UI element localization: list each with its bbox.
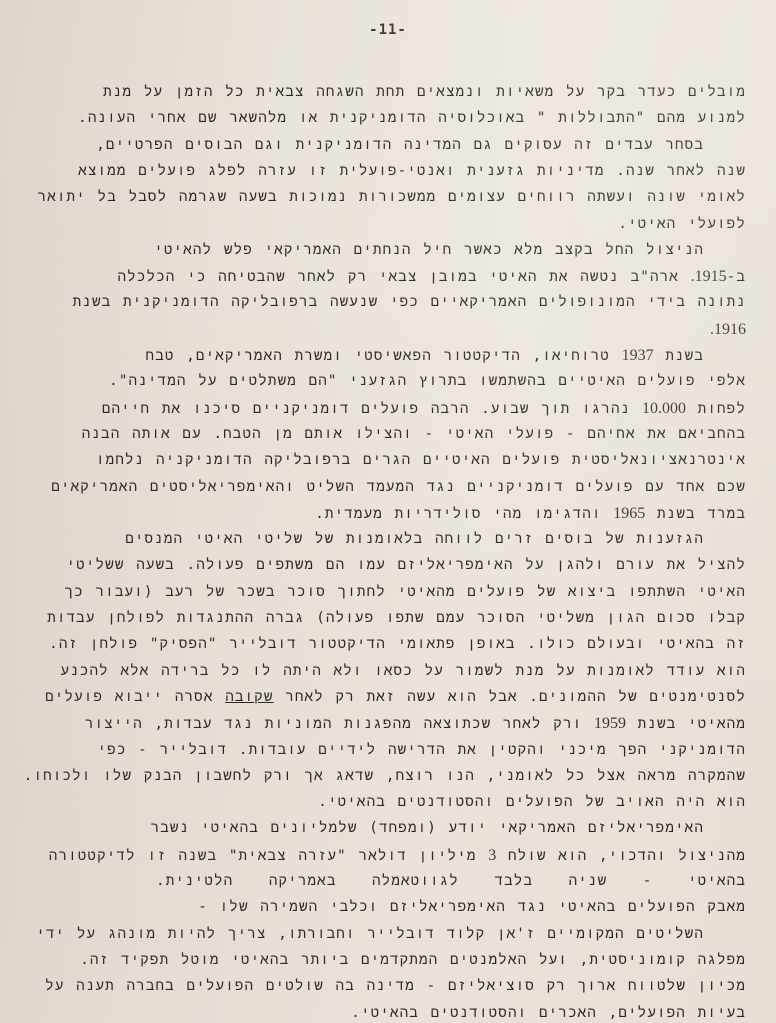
- text-line: לאומי שונה ועשתה רווחים עצומים ממשכורות …: [156, 189, 746, 206]
- text-line: בהחביאם את אחיהם - פועלי האיטי - והצילו …: [156, 426, 746, 443]
- text-line: הוא היה האויב של הפועלים והסטודנטים בהאי…: [318, 794, 746, 811]
- text-line: זה בהאיטי ובעולם כולו. באופן פתאומי הדיק…: [156, 636, 746, 653]
- text-line: בהאיטי - שניה בלבד לגווטאמלה באמריקה הלט…: [156, 873, 746, 890]
- text-line: שהמקרה מראה אצל כל לאומני, הנו רוצח, שדא…: [156, 768, 746, 785]
- text-line: קבלו סכום הגון משליטי הסוכר עמם שתפו פעו…: [156, 610, 746, 627]
- text-line: שנה לאחר שנה. מדיניות גזענית ואנטי-פועלי…: [156, 163, 746, 180]
- text-line: מובלים כעדר בקר על משאיות ונמצאים תחת הש…: [156, 84, 746, 101]
- text-line: הגזענות של בוסים זרים לווחה בלאומנות של …: [159, 531, 704, 548]
- text-line: לסנטימנטים של ההמונים. אבל הוא עשה זאת ר…: [156, 689, 746, 706]
- text-line: בעיות הפועלים, האכרים והסטודנטים בהאיטי.: [351, 1005, 746, 1022]
- text-line: האיטי השתתפו ביצוא של פועלים מהאיטי לחתו…: [156, 584, 746, 601]
- page-number: -11-: [0, 22, 776, 38]
- text-line: לפועלי האיטי.: [618, 216, 746, 233]
- text-line: מכיון שלטווח ארוך רק סוציאליזם - מדינה ב…: [156, 978, 746, 995]
- text-line: ב-1915. ארה"ב נטשה את האיטי במובן צבאי ר…: [156, 268, 746, 286]
- text-line: 1916.: [710, 321, 746, 339]
- text-line: נתונה בידי המונופולים האמריקאיים כפי שנע…: [156, 294, 746, 311]
- text-line: הדומניקני הפך מיכני והקטין את הדרישה ליד…: [156, 742, 746, 759]
- text-line: להציל את עורם ולהגן על האימפריאליזם עמו …: [156, 557, 746, 574]
- text-line: בסחר עבדים זה עסוקים גם המדינה הדומניקני…: [159, 137, 704, 154]
- text-line: שכם אחד עם פועלים דומניקניים נגד המעמד ה…: [156, 479, 746, 496]
- text-line: הניצול החל בקצב מלא כאשר חיל הנחתים האמר…: [159, 242, 704, 259]
- text-line: מהאיטי בשנת 1959 ורק לאחר שכתוצאה מהפגנו…: [156, 715, 746, 733]
- text-line: מפלגה קומוניסטית, ועל האלמנטים המתקדמים …: [156, 952, 746, 969]
- text-line: במרד בשנת 1965 והדגימו מהי סולידריות מעמ…: [315, 505, 746, 523]
- text-line: האימפריאליזם האמריקאי יודע (ומפחד) שלמלי…: [159, 820, 704, 837]
- text-line: השליטים המקומיים ז'אן קלוד דובלייר וחבור…: [159, 926, 704, 943]
- text-line: אינטרנאציונאליסטית פועלים האיטיים הגרים …: [156, 452, 746, 469]
- text-line: אלפי פועלים האיטיים בהשתמשו בתרוץ הגזעני…: [156, 373, 746, 390]
- text-line: הוא עודד לאומנות על מנת לשמור על כסאו ול…: [156, 663, 746, 680]
- text-line: לפחות 10.000 נהרגו תוך שבוע. הרבה פועלים…: [156, 400, 746, 418]
- text-line: מהניצול והדכוי, הוא שולח 3 מיליון דולאר …: [156, 847, 746, 865]
- text-line: למנוע מהם "התבוללות " באוכלוסיה הדומניקנ…: [78, 110, 746, 127]
- text-line: בשנת 1937 טרוחיאו, הדיקטטור הפאשיסטי ומש…: [159, 347, 704, 365]
- text-line: מאבק הפועלים בהאיטי נגד האימפריאליזם וכל…: [198, 899, 746, 916]
- document-page: -11- מובלים כעדר בקר על משאיות ונמצאים ת…: [0, 0, 776, 1023]
